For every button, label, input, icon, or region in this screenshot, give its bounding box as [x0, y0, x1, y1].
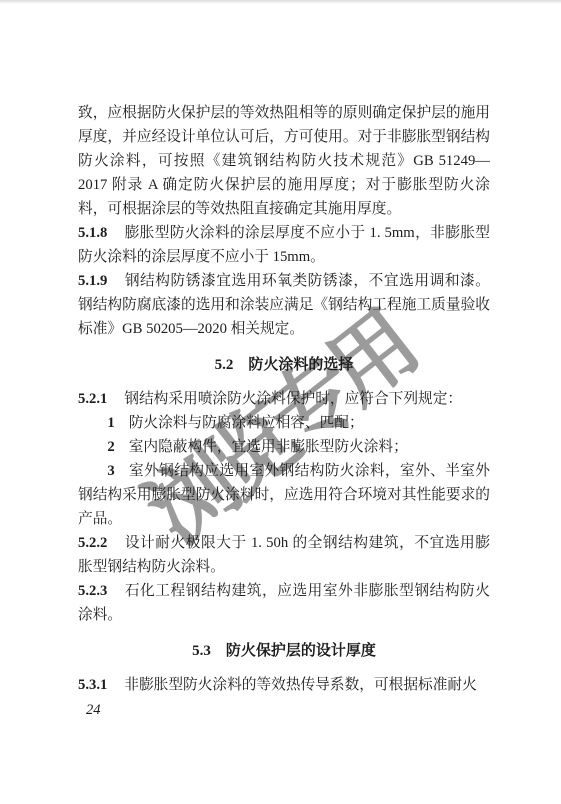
clause-text: 非膨胀型防火涂料的等效热传导系数，可根据标准耐火: [124, 677, 477, 693]
clause-text: 防火涂料与防腐涂料应相容、匹配；: [129, 415, 364, 431]
clause-text: 钢结构防锈漆宜选用环氧类防锈漆，不宜选用调和漆。钢结构防腐底漆的选用和涂装应满足…: [78, 273, 490, 337]
document-content: 致，应根据防火保护层的等效热阻相等的原则确定保护层的施用厚度，并应经设计单位认可…: [0, 0, 561, 697]
list-item: 2室内隐蔽构件，宜选用非膨胀型防火涂料；: [78, 435, 490, 459]
section-heading: 5.3防火保护层的设计厚度: [78, 639, 490, 663]
paragraph: 5.1.8膨胀型防火涂料的涂层厚度不应小于 1. 5mm，非膨胀型防火涂料的涂层…: [78, 221, 490, 269]
clause-text: 设计耐火极限大于 1. 50h 的全钢结构建筑，不宜选用膨胀型钢结构防火涂料。: [78, 535, 490, 575]
list-item: 1防火涂料与防腐涂料应相容、匹配；: [78, 411, 490, 435]
section-title: 防火涂料的选择: [248, 357, 353, 373]
clause-number: 3: [107, 463, 114, 479]
clause-number: 5.2.3: [78, 583, 107, 599]
paragraph: 5.2.2设计耐火极限大于 1. 50h 的全钢结构建筑，不宜选用膨胀型钢结构防…: [78, 531, 490, 579]
clause-text: 室内隐蔽构件，宜选用非膨胀型防火涂料；: [129, 439, 408, 455]
paragraph: 5.2.3石化工程钢结构建筑，应选用室外非膨胀型钢结构防火涂料。: [78, 579, 490, 627]
clause-text: 膨胀型防火涂料的涂层厚度不应小于 1. 5mm，非膨胀型防火涂料的涂层厚度不应小…: [78, 225, 490, 265]
clause-number: 5.1.9: [78, 273, 107, 289]
list-item: 3室外钢结构应选用室外钢结构防火涂料，室外、半室外钢结构采用膨胀型防火涂料时，应…: [78, 459, 490, 531]
clause-number: 1: [107, 415, 114, 431]
paragraph: 致，应根据防火保护层的等效热阻相等的原则确定保护层的施用厚度，并应经设计单位认可…: [78, 101, 490, 221]
section-number: 5.2: [215, 357, 234, 373]
page-number: 24: [86, 702, 101, 718]
section-title: 防火保护层的设计厚度: [226, 643, 376, 659]
page-footer: 24: [0, 698, 561, 722]
scan-edge-artifact: [0, 0, 561, 4]
clause-number: 5.3.1: [78, 677, 107, 693]
paragraph: 5.3.1非膨胀型防火涂料的等效热传导系数，可根据标准耐火: [78, 673, 490, 697]
paragraph: 5.2.1钢结构采用喷涂防火涂料保护时，应符合下列规定：: [78, 387, 490, 411]
clause-text: 钢结构采用喷涂防火涂料保护时，应符合下列规定：: [124, 391, 462, 407]
clause-number: 5.2.2: [78, 535, 107, 551]
clause-text: 致，应根据防火保护层的等效热阻相等的原则确定保护层的施用厚度，并应经设计单位认可…: [78, 105, 490, 217]
document-page: 浏览专用 致，应根据防火保护层的等效热阻相等的原则确定保护层的施用厚度，并应经设…: [0, 0, 561, 804]
clause-number: 5.1.8: [78, 225, 107, 241]
clause-text: 室外钢结构应选用室外钢结构防火涂料，室外、半室外钢结构采用膨胀型防火涂料时，应选…: [78, 463, 490, 527]
section-heading: 5.2防火涂料的选择: [78, 353, 490, 377]
clause-number: 2: [107, 439, 114, 455]
clause-text: 石化工程钢结构建筑，应选用室外非膨胀型钢结构防火涂料。: [78, 583, 490, 623]
clause-number: 5.2.1: [78, 391, 107, 407]
paragraph: 5.1.9钢结构防锈漆宜选用环氧类防锈漆，不宜选用调和漆。钢结构防腐底漆的选用和…: [78, 269, 490, 341]
section-number: 5.3: [192, 643, 211, 659]
